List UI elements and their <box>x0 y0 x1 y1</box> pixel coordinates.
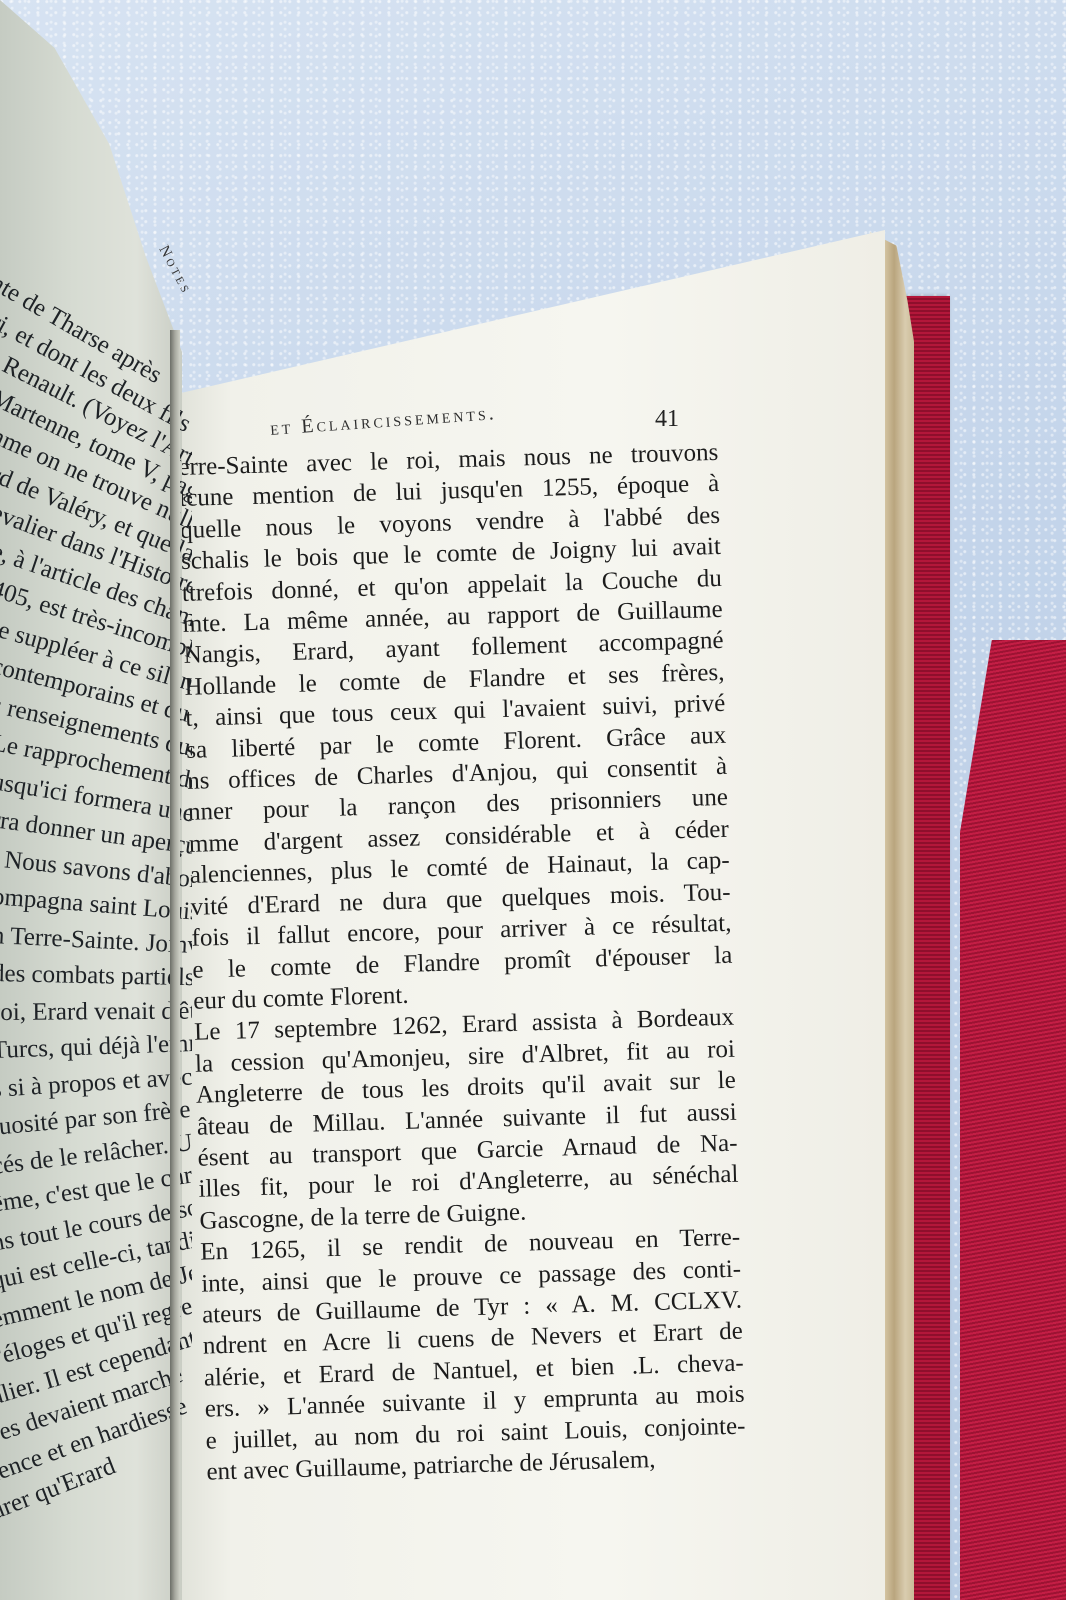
page-number: 41 <box>655 406 679 433</box>
left-page-text: nte de Tharse aprèsri, et dont les deux … <box>0 262 192 1600</box>
red-cloth-back-cover <box>960 640 1066 1600</box>
book-gutter <box>170 330 180 1600</box>
right-page-text: erre-Sainte avec le roi, mais nous ne tr… <box>178 437 747 1488</box>
text-line: des combats partiels qu <box>0 955 192 998</box>
